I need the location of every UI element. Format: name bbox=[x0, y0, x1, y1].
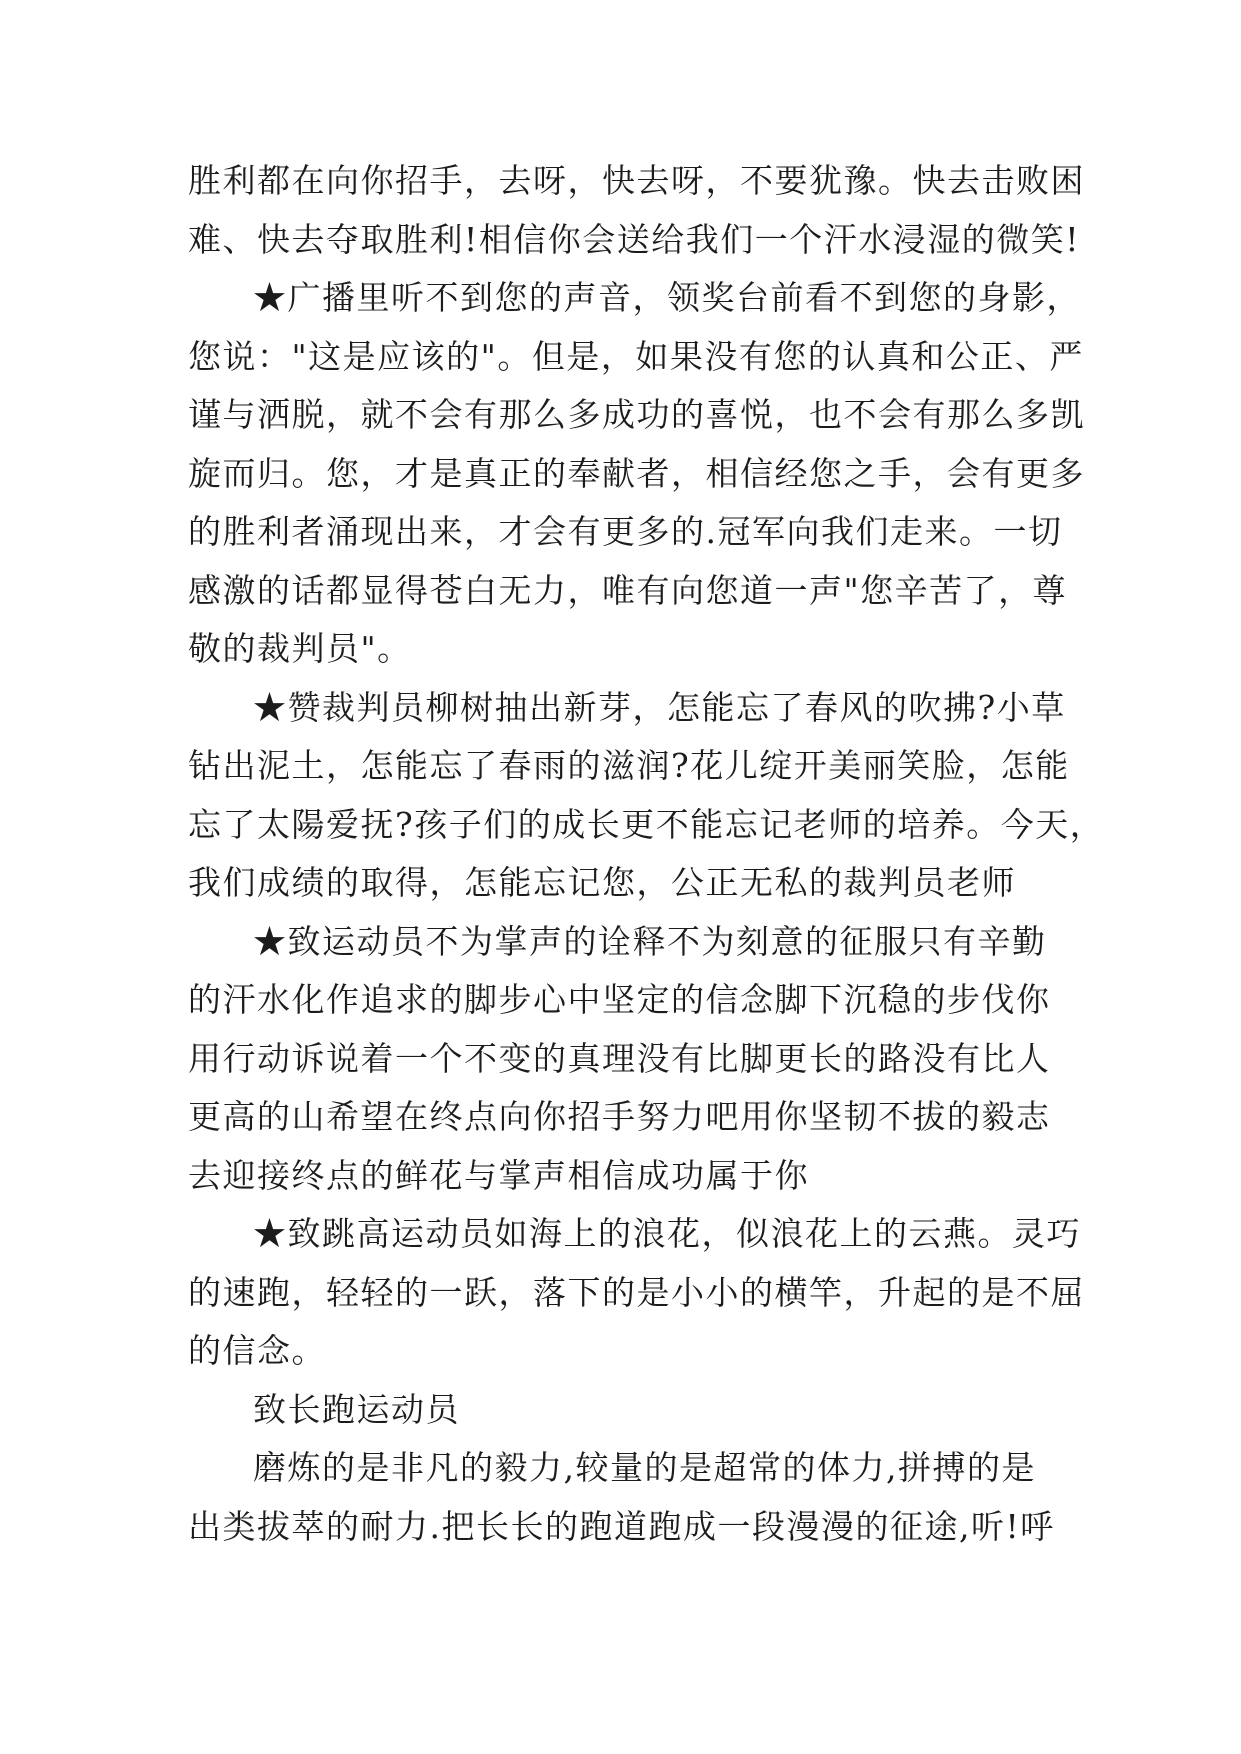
text-line: 钻出泥土，怎能忘了春雨的滋润?花儿绽开美丽笑脸，怎能 bbox=[188, 737, 1083, 796]
document-page: 胜利都在向你招手，去呀，快去呀，不要犹豫。快去击败困难、快去夺取胜利!相信你会送… bbox=[0, 0, 1241, 1754]
text-line: 敬的裁判员"。 bbox=[188, 620, 1083, 679]
paragraph: ★赞裁判员柳树抽出新芽，怎能忘了春风的吹拂?小草钻出泥土，怎能忘了春雨的滋润?花… bbox=[188, 679, 1083, 913]
text-line: 致长跑运动员 bbox=[188, 1381, 1083, 1440]
text-line: ★广播里听不到您的声音，领奖台前看不到您的身影， bbox=[188, 269, 1083, 328]
text-line: 磨炼的是非凡的毅力,较量的是超常的体力,拼搏的是 bbox=[188, 1439, 1083, 1498]
text-line: 我们成绩的取得，怎能忘记您，公正无私的裁判员老师 bbox=[188, 854, 1083, 913]
text-line: 的汗水化作追求的脚步心中坚定的信念脚下沉稳的步伐你 bbox=[188, 971, 1083, 1030]
text-line: ★致跳高运动员如海上的浪花，似浪花上的云燕。灵巧 bbox=[188, 1205, 1083, 1264]
text-line: 谨与洒脱，就不会有那么多成功的喜悦，也不会有那么多凯 bbox=[188, 386, 1083, 445]
paragraph: ★广播里听不到您的声音，领奖台前看不到您的身影，您说："这是应该的"。但是，如果… bbox=[188, 269, 1083, 679]
text-line: 出类拔萃的耐力.把长长的跑道跑成一段漫漫的征途,听!呼 bbox=[188, 1498, 1083, 1557]
text-line: 感激的话都显得苍白无力，唯有向您道一声"您辛苦了，尊 bbox=[188, 562, 1083, 621]
text-line: 用行动诉说着一个不变的真理没有比脚更长的路没有比人 bbox=[188, 1030, 1083, 1089]
paragraph: 胜利都在向你招手，去呀，快去呀，不要犹豫。快去击败困难、快去夺取胜利!相信你会送… bbox=[188, 152, 1083, 269]
paragraph: ★致跳高运动员如海上的浪花，似浪花上的云燕。灵巧的速跑，轻轻的一跃，落下的是小小… bbox=[188, 1205, 1083, 1381]
text-line: 的胜利者涌现出来，才会有更多的.冠军向我们走来。一切 bbox=[188, 503, 1083, 562]
text-line: 更高的山希望在终点向你招手努力吧用你坚韧不拔的毅志 bbox=[188, 1088, 1083, 1147]
paragraph: 致长跑运动员 bbox=[188, 1381, 1083, 1440]
text-line: 去迎接终点的鲜花与掌声相信成功属于你 bbox=[188, 1147, 1083, 1206]
text-line: 旋而归。您，才是真正的奉献者，相信经您之手，会有更多 bbox=[188, 445, 1083, 504]
text-line: 您说："这是应该的"。但是，如果没有您的认真和公正、严 bbox=[188, 328, 1083, 387]
text-line: 忘了太陽爱抚?孩子们的成长更不能忘记老师的培养。今天， bbox=[188, 796, 1083, 855]
text-line: ★赞裁判员柳树抽出新芽，怎能忘了春风的吹拂?小草 bbox=[188, 679, 1083, 738]
text-line: 胜利都在向你招手，去呀，快去呀，不要犹豫。快去击败困 bbox=[188, 152, 1083, 211]
document-body: 胜利都在向你招手，去呀，快去呀，不要犹豫。快去击败困难、快去夺取胜利!相信你会送… bbox=[188, 152, 1083, 1556]
text-line: 难、快去夺取胜利!相信你会送给我们一个汗水浸湿的微笑! bbox=[188, 211, 1083, 270]
text-line: 的速跑，轻轻的一跃，落下的是小小的横竿，升起的是不屈 bbox=[188, 1264, 1083, 1323]
paragraph: ★致运动员不为掌声的诠释不为刻意的征服只有辛勤的汗水化作追求的脚步心中坚定的信念… bbox=[188, 913, 1083, 1206]
text-line: 的信念。 bbox=[188, 1322, 1083, 1381]
text-line: ★致运动员不为掌声的诠释不为刻意的征服只有辛勤 bbox=[188, 913, 1083, 972]
paragraph: 磨炼的是非凡的毅力,较量的是超常的体力,拼搏的是出类拔萃的耐力.把长长的跑道跑成… bbox=[188, 1439, 1083, 1556]
